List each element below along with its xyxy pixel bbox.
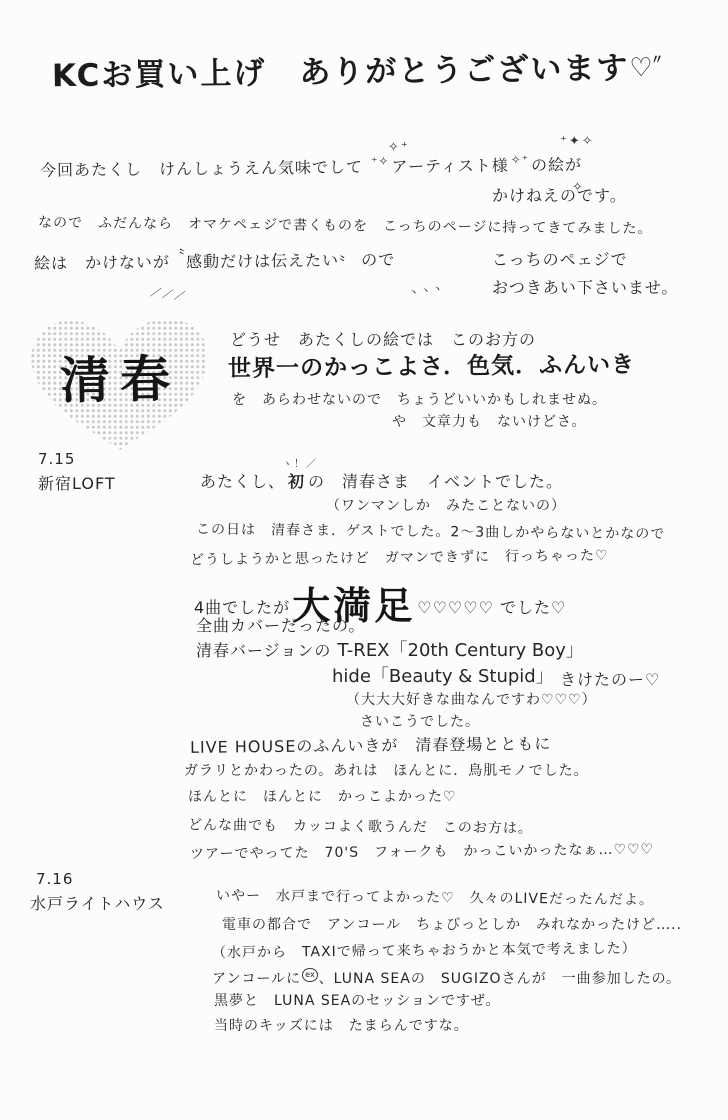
- event-2-line-1: いやー 水戸まで行ってよかった♡ 久々のLIVEだったんだよ。: [216, 888, 654, 909]
- event-1-line-1: あたくし、ヽ！／初の 清春さま イベントでした。: [200, 472, 563, 491]
- event-1-line-3: この日は 清春さま．ゲストでした。2〜3曲しかやらないとかなので: [196, 522, 665, 544]
- event-1-line-8-b: きけたのー♡: [560, 670, 660, 689]
- event-1-line-9: （大大大好きな曲なんですわ♡♡♡）: [346, 692, 597, 709]
- sparkle-icon: ✧⁺: [388, 140, 410, 155]
- event-2-line-3: （水戸から TAXIで帰って来ちゃおうかと本気で考えました）: [212, 941, 637, 962]
- artist-sama-text: アーティスト様: [391, 156, 508, 176]
- event-1-line-11: LIVE HOUSEのふんいきが 清春登場とともに: [190, 734, 552, 757]
- intro-line-2: かけねえのです。: [492, 186, 627, 205]
- intro-line-1: 今回あたくし けんしょうえん気味でして ⁺✧アーティスト様✧⁺の絵が: [40, 155, 582, 180]
- event-1-line-15: ツアーでやってた 70'S フォークも かっこいかったなぁ…♡♡♡: [190, 842, 654, 864]
- kiyoharu-line-4: や 文章力も ないけどさ。: [392, 414, 586, 431]
- kiyoharu-line-1: どうせ あたくしの絵では このお方の: [230, 330, 536, 349]
- intro-line-4-c: ので: [361, 250, 395, 269]
- event-1-date: 7.15: [38, 450, 75, 468]
- event-1-line-1-a: あたくし、: [200, 472, 285, 491]
- event-2-line-5: 黒夢と LUNA SEAのセッションですぜ。: [214, 993, 500, 1010]
- event-2-line-4-b: 、LUNA SEAの SUGIZOさんが 一曲参加したの。: [319, 971, 681, 987]
- event-2-venue: 水戸ライトハウス: [30, 894, 165, 913]
- intro-line-1-tail: の絵が: [531, 155, 582, 175]
- heart-tick-marks: 〃: [650, 53, 665, 68]
- event-1-line-13: ほんとに ほんとに かっこよかった♡: [188, 789, 457, 806]
- event-1-line-5-b: でした♡: [500, 598, 566, 617]
- event-2-date: 7.16: [36, 870, 73, 888]
- quote-close-mark: 〟: [339, 246, 355, 264]
- intro-line-5: おつきあい下さいませ。: [492, 278, 678, 297]
- kiyoharu-name: 清春: [59, 339, 180, 413]
- event-1-line-4: どうしようかと思ったけど ガマンできずに 行っちゃった♡: [190, 548, 609, 569]
- kiyoharu-line-3: を あらわせないので ちょうどいいかもしれませぬ。: [232, 392, 607, 409]
- event-1-line-7: 清春バージョンの T-REX「20th Century Boy」: [196, 640, 584, 662]
- event-1-line-14: どんな曲でも カッコよく歌うんだ このお方は。: [188, 817, 533, 837]
- event-2-line-6: 当時のキッズには たまらんですな。: [214, 1018, 469, 1035]
- tick-marks: ／／／: [149, 286, 186, 304]
- event-1-venue: 新宿LOFT: [38, 474, 116, 493]
- intro-line-3: なので ふだんなら オマケペェジで書くものを こっちのページに持ってきてみました…: [38, 215, 653, 238]
- event-2-line-2: 電車の都合で アンコール ちょびっとしか みれなかったけど…..: [222, 917, 682, 934]
- sparkle-icon: ✧⁺: [511, 153, 530, 167]
- event-1-line-10: さいこうでした。: [360, 714, 480, 731]
- event-2-line-4: アンコールにex、LUNA SEAの SUGIZOさんが 一曲参加したの。: [212, 968, 681, 988]
- event-1-line-6: 全曲カバーだったの。: [196, 616, 365, 635]
- intro-line-4-a: 絵は かけないが: [34, 252, 170, 272]
- ray-marks: ヽ！／: [282, 459, 318, 471]
- intro-line-4: 絵は かけないが〝感動だけは伝えたい〟 ので: [34, 250, 395, 273]
- hearts-row: ♡♡♡♡♡: [417, 598, 494, 617]
- page-title: KCお買い上げ ありがとうございます♡〃: [52, 50, 670, 96]
- scanned-author-note-page: KCお買い上げ ありがとうございます♡〃 今回あたくし けんしょうえん気味でして…: [0, 0, 728, 1120]
- kiyoharu-line-2: 世界一のかっこよさ．色気．ふんいき: [228, 352, 635, 384]
- emphasized-hatsu: ヽ！／初: [288, 472, 305, 491]
- intro-line-4-b: 感動だけは伝えたい: [186, 251, 339, 272]
- sparkle-icon: ⁺✧: [371, 154, 390, 168]
- hatsu-text: 初: [288, 472, 305, 491]
- event-1-line-2: （ワンマンしか みたことないの）: [326, 498, 566, 515]
- hide-song-title: hide「Beauty & Stupid」: [332, 666, 554, 688]
- event-1-line-5-a: 4曲でしたが: [194, 598, 290, 617]
- intro-line-4-right: こっちのペェジで: [492, 250, 628, 269]
- event-1-line-7-a: 清春バージョンの: [196, 641, 331, 660]
- tiny-circled-doodle: ex: [302, 968, 318, 982]
- quote-open-mark: 〝: [170, 247, 186, 265]
- page-title-text: KCお買い上げ ありがとうございます: [52, 50, 630, 94]
- tick-marks: ヽヽヽ: [407, 282, 444, 300]
- intro-line-1-text: 今回あたくし けんしょうえん気味でして: [40, 157, 363, 179]
- event-2-line-4-a: アンコールに: [212, 971, 301, 987]
- sparkle-icon: ⁺✦✧: [560, 134, 595, 149]
- trex-song-title: T-REX「20th Century Boy」: [337, 640, 583, 661]
- event-1-line-12: ガラリとかわったの。あれは ほんとに．鳥肌モノでした。: [184, 763, 589, 780]
- event-1-line-1-b: の 清春さま イベントでした。: [308, 472, 563, 491]
